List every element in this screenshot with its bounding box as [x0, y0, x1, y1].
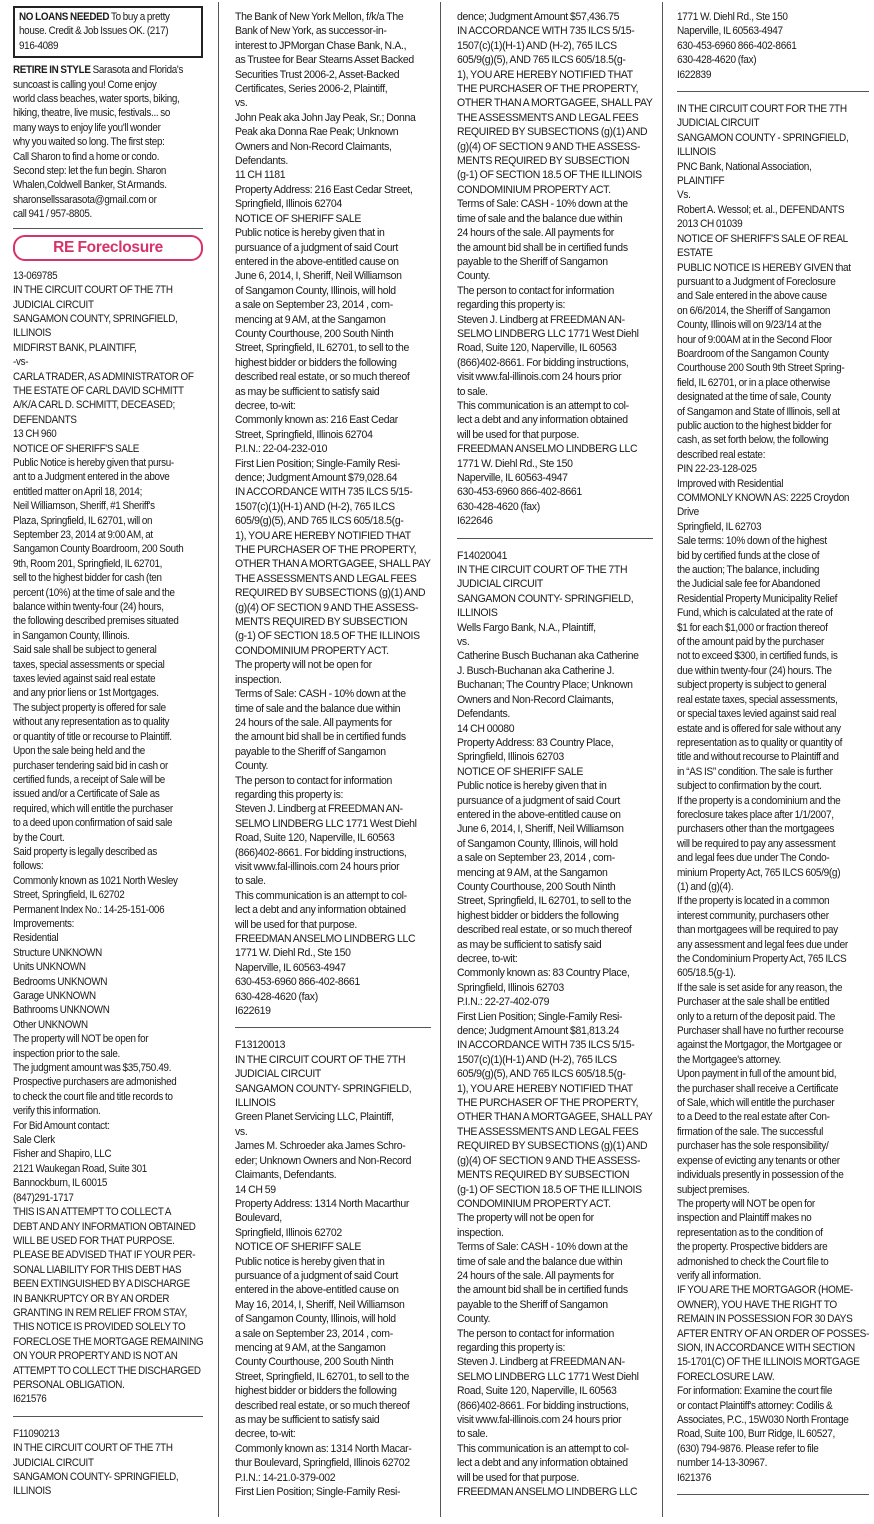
text-line: mencing at 9 AM, at the Sangamon [235, 313, 419, 327]
column-1: NO LOANS NEEDED To buy a pretty house. C… [13, 6, 203, 1524]
separator-rule [457, 538, 653, 539]
text-line: Other UNKNOWN [13, 1018, 180, 1032]
text-line: PLEASE BE ADVISED THAT IF YOUR PER- [13, 1248, 180, 1262]
text-line: SANGAMON COUNTY - SPRINGFIELD, [677, 131, 849, 145]
text-line: estate and is offered for sale without a… [677, 722, 849, 736]
text-line: 605/9(g)(5), AND 765 ILCS 605/18.5(g- [235, 514, 419, 528]
text-line: real estate taxes, special assessments, [677, 693, 849, 707]
column-4: 1771 W. Diehl Rd., Ste 150Naperville, IL… [677, 10, 869, 1524]
text-line: Street, Springfield, IL 62702 [13, 888, 180, 902]
text-line: to a Deed to the real estate after Con- [677, 1110, 849, 1124]
text-line: Improved with Residential [677, 477, 849, 491]
text-line: CARLA TRADER, AS ADMINISTRATOR OF [13, 370, 180, 384]
text-line: This communication is an attempt to col- [457, 1442, 641, 1456]
text-line: Claimants, Defendants. [235, 1168, 419, 1182]
text-line: DEFENDANTS [13, 413, 180, 427]
text-line: Sale Clerk [13, 1133, 180, 1147]
text-line: the auction; The balance, including [677, 563, 849, 577]
text-line: 605/9(g)(5), AND 765 ILCS 605/18.5(g- [457, 53, 641, 67]
text-line: time of sale and the balance due within [457, 212, 641, 226]
text-line: WILL BE USED FOR THAT PURPOSE. [13, 1234, 180, 1248]
text-line: Green Planet Servicing LLC, Plaintiff, [235, 1110, 419, 1124]
text-line: County Courthouse, 200 South Ninth [235, 1355, 419, 1369]
text-line: IN ACCORDANCE WITH 735 ILCS 5/15- [457, 24, 641, 38]
text-line: follows: [13, 859, 180, 873]
text-line: verify all information. [677, 1269, 849, 1283]
text-line: against the Mortgagor, the Mortgagee or [677, 1038, 849, 1052]
text-line: entered in the above-entitled cause on [235, 255, 419, 269]
text-line: (866)402-8661. For bidding instructions, [457, 356, 641, 370]
text-line: as may be sufficient to satisfy said [235, 385, 419, 399]
text-line: subject property is subject to general [677, 678, 849, 692]
text-line: 630-453-6960 866-402-8661 [235, 975, 419, 989]
text-line: Road, Suite 120, Naperville, IL 60563 [457, 1384, 641, 1398]
text-line: described real estate, or so much thereo… [235, 370, 419, 384]
text-line: MENTS REQUIRED BY SUBSECTION [457, 1168, 641, 1182]
text-line: THE ASSESSMENTS AND LEGAL FEES [235, 572, 419, 586]
text-line: number 14-13-30967. [677, 1456, 849, 1470]
text-line: Commonly known as: 1314 North Macar- [235, 1442, 419, 1456]
text-line: ON YOUR PROPERTY AND IS NOT AN [13, 1349, 180, 1363]
text-line: Terms of Sale: CASH - 10% down at the [457, 1240, 641, 1254]
text-line: Permanent Index No.: 14-25-151-006 [13, 903, 180, 917]
text-line: Steven J. Lindberg at FREEDMAN AN- [457, 313, 641, 327]
text-line: pursuance of a judgment of said Court [235, 241, 419, 255]
text-line: 2121 Waukegan Road, Suite 301 [13, 1162, 180, 1176]
text-line: Buchanan; The Country Place; Unknown [457, 678, 641, 692]
text-line: title and without recourse to Plaintiff … [677, 750, 849, 764]
text-line: public auction to the highest bidder for [677, 419, 849, 433]
text-line: June 6, 2014, I, Sheriff, Neil Williamso… [235, 269, 419, 283]
text-line: vs. [235, 1125, 419, 1139]
text-line: as Trustee for Bear Stearns Asset Backed [235, 53, 419, 67]
text-line: Securities Trust 2006-2, Asset-Backed [235, 68, 419, 82]
text-line: ESTATE [677, 246, 849, 260]
text-line: 630-453-6960 866-402-8661 [457, 485, 641, 499]
text-line: THE ASSESSMENTS AND LEGAL FEES [457, 1125, 641, 1139]
text-line: by the Court. [13, 831, 180, 845]
text-line: as may be sufficient to satisfy said [457, 938, 641, 952]
text-line: sell to the highest bidder for cash (ten [13, 571, 180, 585]
text-line: many ways to enjoy life you'll wonder [13, 121, 180, 135]
text-line: PUBLIC NOTICE IS HEREBY GIVEN that [677, 261, 849, 275]
text-line: THIS NOTICE IS PROVIDED SOLELY TO [13, 1320, 180, 1334]
text-line: The property will not be open for [457, 1211, 641, 1225]
text-line: Street, Springfield, IL 62701, to sell t… [235, 1370, 419, 1384]
text-line: 15-1701(C) OF THE ILLINOIS MORTGAGE [677, 1355, 849, 1369]
text-line: FREEDMAN ANSELMO LINDBERG LLC [457, 1485, 641, 1499]
text-line: 14 CH 59 [235, 1183, 419, 1197]
text-line: only to a return of the deposit paid. Th… [677, 1010, 849, 1024]
text-line: regarding this property is: [457, 298, 641, 312]
text-line: Terms of Sale: CASH - 10% down at the [457, 197, 641, 211]
text-line: will be required to pay any assessment [677, 837, 849, 851]
text-line: highest bidder or bidders the following [235, 1384, 419, 1398]
text-line: JUDICIAL CIRCUIT [677, 116, 849, 130]
text-line: the purchaser shall receive a Certificat… [677, 1082, 849, 1096]
text-line: Naperville, IL 60563-4947 [457, 471, 641, 485]
section-header-re-foreclosure: RE Foreclosure [13, 235, 203, 261]
text-line: SELMO LINDBERG LLC 1771 West Diehl [235, 817, 419, 831]
text-line: foreclosure takes place after 1/1/2007, [677, 808, 849, 822]
text-line: May 16, 2014, I, Sheriff, Neil Williamso… [235, 1298, 419, 1312]
text-line: 11 CH 1181 [235, 168, 419, 182]
text-line: SELMO LINDBERG LLC 1771 West Diehl [457, 1370, 641, 1384]
text-line: time of sale and the balance due within [235, 702, 419, 716]
text-line: IN THE CIRCUIT COURT OF THE 7TH [13, 1441, 180, 1455]
text-line: John Peak aka John Jay Peak, Sr.; Donna [235, 111, 419, 125]
text-line: vs. [235, 96, 419, 110]
text-line: 1), YOU ARE HEREBY NOTIFIED THAT [235, 529, 419, 543]
text-line: highest bidder or bidders the following [235, 356, 419, 370]
text-line: Property Address: 1314 North Macarthur [235, 1197, 419, 1211]
text-line: balance within twenty-four (24) hours, [13, 600, 180, 614]
text-line: lect a debt and any information obtained [235, 903, 419, 917]
text-line: of the amount paid by the purchaser [677, 635, 849, 649]
text-line: 24 hours of the sale. All payments for [457, 1269, 641, 1283]
text-line: GRANTING IN REM RELIEF FROM STAY, [13, 1306, 180, 1320]
ad-no-loans-needed: NO LOANS NEEDED To buy a pretty house. C… [13, 6, 203, 58]
text-line: Defendants. [235, 154, 419, 168]
text-line: suncoast is calling you! Come enjoy [13, 78, 180, 92]
text-line: I622619 [235, 1004, 419, 1018]
text-line: admonished to check the Court file to [677, 1255, 849, 1269]
separator-rule [677, 91, 869, 92]
text-line: The person to contact for information [457, 1327, 641, 1341]
text-line: Steven J. Lindberg at FREEDMAN AN- [235, 802, 419, 816]
text-line: THE ASSESSMENTS AND LEGAL FEES [457, 111, 641, 125]
text-line: IN THE CIRCUIT COURT OF THE 7TH [235, 1053, 419, 1067]
text-line: inspection and Plaintiff makes no [677, 1211, 849, 1225]
text-line: THE PURCHASER OF THE PROPERTY, [457, 82, 641, 96]
text-line: NOTICE OF SHERIFF'S SALE [13, 442, 180, 456]
text-line: to sale. [457, 1427, 641, 1441]
text-line: 1), YOU ARE HEREBY NOTIFIED THAT [457, 68, 641, 82]
text-line: inspection. [235, 673, 419, 687]
text-line: payable to the Sheriff of Sangamon [457, 255, 641, 269]
text-line: Vs. [677, 188, 849, 202]
text-line: regarding this property is: [457, 1341, 641, 1355]
legal-notice: IN THE CIRCUIT COURT FOR THE 7THJUDICIAL… [677, 102, 869, 1485]
text-line: Property Address: 216 East Cedar Street, [235, 183, 419, 197]
text-line: certified funds, a receipt of Sale will … [13, 773, 180, 787]
text-line: 1771 W. Diehl Rd., Ste 150 [235, 946, 419, 960]
text-line: OTHER THAN A MORTGAGEE, SHALL PAY [457, 96, 641, 110]
text-line: and any prior liens or 1st Mortgages. [13, 686, 180, 700]
text-line: the Mortgagee's attorney. [677, 1053, 849, 1067]
text-line: P.I.N.: 22-04-232-010 [235, 442, 419, 456]
text-line: P.I.N.: 22-27-402-079 [457, 995, 641, 1009]
text-line: Courthouse 200 South 9th Street Spring- [677, 361, 849, 375]
text-line: hiking, theatre, live music, festivals..… [13, 106, 180, 120]
text-line: representation as to the condition of [677, 1226, 849, 1240]
text-line: County. [235, 759, 419, 773]
text-line: required, which will entitle the purchas… [13, 802, 180, 816]
text-line: September 23, 2014 at 9:00 AM, at [13, 528, 180, 542]
text-line: Call Sharon to find a home or condo. [13, 150, 180, 164]
text-line: visit www.fal-illinois.com 24 hours prio… [457, 1413, 641, 1427]
text-line: OWNER), YOU HAVE THE RIGHT TO [677, 1298, 849, 1312]
text-line: world class beaches, water sports, bikin… [13, 92, 180, 106]
text-line: COMMONLY KNOWN AS: 2225 Croydon [677, 491, 849, 505]
text-line: REQUIRED BY SUBSECTIONS (g)(1) AND [457, 1139, 641, 1153]
text-line: BEEN EXTINGUISHED BY A DISCHARGE [13, 1277, 180, 1291]
text-line: sharonsellssarasota@gmail.com or [13, 193, 180, 207]
text-line: mencing at 9 AM, at the Sangamon [235, 1341, 419, 1355]
text-line: the amount bid shall be in certified fun… [457, 1283, 641, 1297]
text-line: The person to contact for information [235, 774, 419, 788]
text-line: James M. Schroeder aka James Schro- [235, 1139, 419, 1153]
text-line: Springfield, Illinois 62703 [457, 981, 641, 995]
text-line: CONDOMINIUM PROPERTY ACT. [457, 1197, 641, 1211]
text-line: AFTER ENTRY OF AN ORDER OF POSSES- [677, 1327, 849, 1341]
text-line: NOTICE OF SHERIFF SALE [457, 765, 641, 779]
text-line: Sale terms: 10% down of the highest [677, 534, 849, 548]
text-line: Purchaser shall have no further recourse [677, 1024, 849, 1038]
text-line: pursuance of a judgment of said Court [235, 1269, 419, 1283]
text-line: Neil Williamson, Sheriff, #1 Sheriff's [13, 499, 180, 513]
text-line: and legal fees due under The Condo- [677, 851, 849, 865]
text-line: ILLINOIS [677, 145, 849, 159]
text-line: The judgment amount was $35,750.49. [13, 1061, 180, 1075]
text-line: Purchaser at the sale shall be entitled [677, 995, 849, 1009]
text-line: or quantity of title or recourse to Plai… [13, 730, 180, 744]
text-line: ant to a Judgment entered in the above [13, 470, 180, 484]
text-line: OTHER THAN A MORTGAGEE, SHALL PAY [457, 1110, 641, 1124]
text-line: interest to JPMorgan Chase Bank, N.A., [235, 39, 419, 53]
legal-notice: The Bank of New York Mellon, f/k/a TheBa… [235, 10, 431, 1018]
text-line: of Sangamon and State of Illinois, sell … [677, 405, 849, 419]
text-line: DEBT AND ANY INFORMATION OBTAINED [13, 1220, 180, 1234]
text-line: payable to the Sheriff of Sangamon [457, 1298, 641, 1312]
text-line: the amount bid shall be in certified fun… [457, 241, 641, 255]
text-line: MIDFIRST BANK, PLAINTIFF, [13, 341, 180, 355]
text-line: will be used for that purpose. [235, 918, 419, 932]
text-line: without any representation as to quality [13, 715, 180, 729]
text-line: regarding this property is: [235, 788, 419, 802]
text-line: lect a debt and any information obtained [457, 1456, 641, 1470]
text-line: 1507(c)(1)(H-1) AND (H-2), 765 ILCS [235, 500, 419, 514]
text-line: (1) and (g)(4). [677, 880, 849, 894]
text-line: County, Illinois will on 9/23/14 at the [677, 318, 849, 332]
text-line: SELMO LINDBERG LLC 1771 West Diehl [457, 327, 641, 341]
text-line: Structure UNKNOWN [13, 946, 180, 960]
text-line: 9th, Room 201, Springfield, IL 62701, [13, 557, 180, 571]
text-line: the Judicial sale fee for Abandoned [677, 577, 849, 591]
text-line: Public notice is hereby given that in [235, 226, 419, 240]
text-line: Units UNKNOWN [13, 960, 180, 974]
text-line: County Courthouse, 200 South Ninth [235, 327, 419, 341]
text-line: dence; Judgment Amount $79,028.64 [235, 471, 419, 485]
text-line: the amount bid shall be in certified fun… [235, 730, 419, 744]
text-line: purchaser tendering said bid in cash or [13, 759, 180, 773]
text-line: REMAIN IN POSSESSION FOR 30 DAYS [677, 1312, 849, 1326]
text-line: The person to contact for information [457, 284, 641, 298]
text-line: SANGAMON COUNTY- SPRINGFIELD, [235, 1082, 419, 1096]
text-line: The subject property is offered for sale [13, 701, 180, 715]
text-line: Terms of Sale: CASH - 10% down at the [235, 687, 419, 701]
text-line: NOTICE OF SHERIFF SALE [235, 212, 419, 226]
text-line: Bathrooms UNKNOWN [13, 1003, 180, 1017]
text-line: Owners and Non-Record Claimants, [235, 140, 419, 154]
text-line: Naperville, IL 60563-4947 [677, 24, 849, 38]
text-line: SANGAMON COUNTY- SPRINGFIELD, [13, 1470, 180, 1484]
text-line: to sale. [235, 874, 419, 888]
text-line: to a deed upon confirmation of said sale [13, 816, 180, 830]
text-line: Garage UNKNOWN [13, 989, 180, 1003]
text-line: than mortgagees will be required to pay [677, 923, 849, 937]
text-line: on 6/6/2014, the Sheriff of Sangamon [677, 304, 849, 318]
text-line: Drive [677, 505, 849, 519]
text-line: Residential [13, 931, 180, 945]
text-line: PNC Bank, National Association, [677, 160, 849, 174]
column-2: The Bank of New York Mellon, f/k/a TheBa… [235, 10, 431, 1524]
text-line: a sale on September 23, 2014 , com- [235, 298, 419, 312]
column-3: dence; Judgment Amount $57,436.75IN ACCO… [457, 10, 653, 1524]
text-line: Owners and Non-Record Claimants, [457, 693, 641, 707]
legal-notice: 13-069785IN THE CIRCUIT COURT OF THE 7TH… [13, 269, 203, 1407]
text-line: ILLINOIS [13, 326, 180, 340]
text-line: any assessment and legal fees due under [677, 938, 849, 952]
text-line: Springfield, IL 62703 [677, 520, 849, 534]
text-line: inspection prior to the sale. [13, 1047, 180, 1061]
text-line: Sangamon County Boardroom, 200 South [13, 542, 180, 556]
text-line: Street, Springfield, IL 62701, to sell t… [235, 341, 419, 355]
ad-headline: RETIRE IN STYLE [13, 64, 91, 76]
text-line: described real estate: [677, 448, 849, 462]
text-line: due within twenty-four (24) hours. The [677, 664, 849, 678]
text-line: hour of 9:00AM at in the Second Floor [677, 333, 849, 347]
legal-notice: F13120013IN THE CIRCUIT COURT OF THE 7TH… [235, 1038, 431, 1499]
text-line: PERSONAL OBLIGATION. [13, 1378, 180, 1392]
text-line: OTHER THAN A MORTGAGEE, SHALL PAY [235, 557, 419, 571]
text-line: 605/18.5(g-1). [677, 966, 849, 980]
text-line: Road, Suite 120, Naperville, IL 60563 [457, 341, 641, 355]
text-line: 13 CH 960 [13, 427, 180, 441]
text-line: 630-453-6960 866-402-8661 [677, 39, 849, 53]
text-line: REQUIRED BY SUBSECTIONS (g)(1) AND [457, 125, 641, 139]
text-line: Upon the sale being held and the [13, 744, 180, 758]
text-line: decree, to-wit: [235, 399, 419, 413]
text-line: Certificates, Series 2006-2, Plaintiff, [235, 82, 419, 96]
text-line: Street, Springfield, IL 62701, to sell t… [457, 894, 641, 908]
text-line: of Sangamon County, Illinois, will hold [235, 284, 419, 298]
text-line: This communication is an attempt to col- [235, 889, 419, 903]
text-line: (g)(4) OF SECTION 9 AND THE ASSESS- [457, 1154, 641, 1168]
text-line: JUDICIAL CIRCUIT [13, 1456, 180, 1470]
text-line: Said property is legally described as [13, 845, 180, 859]
text-line: Residential Property Municipality Relief [677, 592, 849, 606]
classifieds-page: NO LOANS NEEDED To buy a pretty house. C… [0, 0, 874, 1524]
text-line: of Sangamon County, Illinois, will hold [457, 837, 641, 851]
text-line: Boardroom of the Sangamon County [677, 347, 849, 361]
text-line: Associates, P.C., 15W030 North Frontage [677, 1413, 849, 1427]
legal-notice: 1771 W. Diehl Rd., Ste 150Naperville, IL… [677, 10, 869, 82]
text-line: Improvements: [13, 917, 180, 931]
text-line: time of sale and the balance due within [457, 1255, 641, 1269]
text-line: JUDICIAL CIRCUIT [457, 577, 641, 591]
text-line: will be used for that purpose. [457, 428, 641, 442]
text-line: Steven J. Lindberg at FREEDMAN AN- [457, 1355, 641, 1369]
text-line: P.I.N.: 14-21.0-379-002 [235, 1471, 419, 1485]
text-line: (g)(4) OF SECTION 9 AND THE ASSESS- [235, 601, 419, 615]
text-line: subject to confirmation by the court. [677, 779, 849, 793]
text-line: FORECLOSURE LAW. [677, 1370, 849, 1384]
separator-rule [677, 1494, 869, 1495]
text-line: cash, as set forth below, the following [677, 433, 849, 447]
text-line: SONAL LIABILITY FOR THIS DEBT HAS [13, 1263, 180, 1277]
text-line: ATTEMPT TO COLLECT THE DISCHARGED [13, 1364, 180, 1378]
text-line: Upon payment in full of the amount bid, [677, 1067, 849, 1081]
text-line: Public Notice is hereby given that pursu… [13, 456, 180, 470]
text-line: If the sale is set aside for any reason,… [677, 981, 849, 995]
text-line: visit www.fal-illinois.com 24 hours prio… [457, 370, 641, 384]
text-line: (g)(4) OF SECTION 9 AND THE ASSESS- [457, 140, 641, 154]
ad-retire-in-style: RETIRE IN STYLE Sarasota and Florida's s… [13, 63, 203, 221]
text-line: why you waited so long. The first step: [13, 135, 180, 149]
text-line: will be used for that purpose. [457, 1471, 641, 1485]
text-line: First Lien Position; Single-Family Resi- [235, 457, 419, 471]
text-line: dence; Judgment Amount $57,436.75 [457, 10, 641, 24]
text-line: to check the court file and title record… [13, 1090, 180, 1104]
text-line: First Lien Position; Single-Family Resi- [235, 1485, 419, 1499]
text-line: -vs- [13, 355, 180, 369]
text-line: (630) 794-9876. Please refer to file [677, 1442, 849, 1456]
text-line: Robert A. Wessol; et. al., DEFENDANTS [677, 203, 849, 217]
text-line: in “AS IS” condition. The sale is furthe… [677, 765, 849, 779]
text-line: Property Address: 83 Country Place, [457, 736, 641, 750]
text-line: Plaza, Springfield, IL 62701, will on [13, 514, 180, 528]
text-line: field, IL 62701, or in a place otherwise [677, 376, 849, 390]
text-line: 1771 W. Diehl Rd., Ste 150 [457, 457, 641, 471]
text-line: J. Busch-Buchanan aka Catherine J. [457, 664, 641, 678]
text-line: a sale on September 23, 2014 , com- [235, 1327, 419, 1341]
text-line: a sale on September 23, 2014 , com- [457, 851, 641, 865]
text-line: pursuance of a judgment of said Court [457, 794, 641, 808]
text-line: expense of evicting any tenants or other [677, 1154, 849, 1168]
text-line: IN THE CIRCUIT COURT OF THE 7TH [13, 283, 180, 297]
text-line: For information: Examine the court file [677, 1384, 849, 1398]
text-line: decree, to-wit: [235, 1427, 419, 1441]
text-line: SANGAMON COUNTY, SPRINGFIELD, [13, 312, 180, 326]
text-line: the Condominium Property Act, 765 ILCS [677, 952, 849, 966]
text-line: I622839 [677, 68, 849, 82]
text-line: JUDICIAL CIRCUIT [235, 1067, 419, 1081]
text-line: purchasers other than the mortgagees [677, 822, 849, 836]
text-line: eder; Unknown Owners and Non-Record [235, 1154, 419, 1168]
text-line: FORECLOSE THE MORTGAGE REMAINING [13, 1335, 180, 1349]
text-line: The property will not be open for [235, 658, 419, 672]
column-divider [662, 2, 663, 1517]
text-line: ILLINOIS [457, 606, 641, 620]
text-line: 630-428-4620 (fax) [677, 53, 849, 67]
text-line: Public notice is hereby given that in [457, 779, 641, 793]
text-line: subject premises. [677, 1183, 849, 1197]
text-line: A/K/A CARL D. SCHMITT, DECEASED; [13, 398, 180, 412]
text-line: IN THE CIRCUIT COURT OF THE 7TH [457, 563, 641, 577]
text-line: or contact Plaintiff's attorney: Codilis… [677, 1399, 849, 1413]
text-line: (866)402-8661. For bidding instructions, [235, 846, 419, 860]
text-line: Second step: let the fun begin. Sharon [13, 164, 180, 178]
text-line: Commonly known as: 83 Country Place, [457, 966, 641, 980]
text-line: Whalen,Coldwell Banker, St Armands. [13, 178, 180, 192]
text-line: Springfield, Illinois 62703 [457, 750, 641, 764]
text-line: SION, IN ACCORDANCE WITH SECTION [677, 1341, 849, 1355]
text-line: FREEDMAN ANSELMO LINDBERG LLC [235, 932, 419, 946]
text-line: lect a debt and any information obtained [457, 413, 641, 427]
text-line: Commonly known as 1021 North Wesley [13, 874, 180, 888]
text-line: I622646 [457, 514, 641, 528]
